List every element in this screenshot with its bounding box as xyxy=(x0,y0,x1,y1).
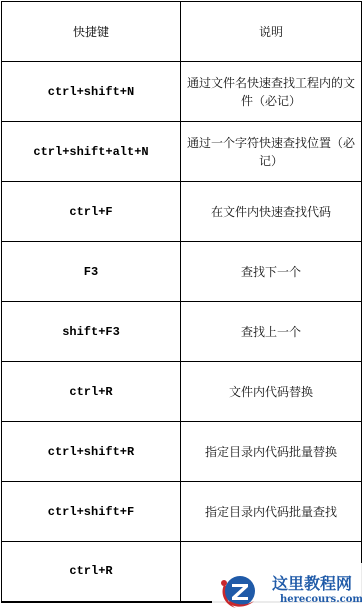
description-cell: 通过一个字符快速查找位置（必记） xyxy=(181,122,362,182)
shortcut-cell: shift+F3 xyxy=(2,302,181,362)
description-cell: 通过文件名快速查找工程内的文件（必记） xyxy=(181,62,362,122)
shortcut-cell: F3 xyxy=(2,242,181,302)
table-row: ctrl+F 在文件内快速查找代码 xyxy=(2,182,362,242)
table-row: ctrl+R 文件内代码替换 xyxy=(2,362,362,422)
shortcut-cell: ctrl+shift+F xyxy=(2,482,181,542)
description-cell: 指定目录内代码批量替换 xyxy=(181,422,362,482)
shortcut-table: 快捷键 说明 ctrl+shift+N 通过文件名快速查找工程内的文件（必记） … xyxy=(1,1,362,603)
table-row: shift+F3 查找上一个 xyxy=(2,302,362,362)
z-logo-icon xyxy=(218,571,258,611)
watermark-title: 这里教程网 xyxy=(272,571,352,594)
description-cell: 查找上一个 xyxy=(181,302,362,362)
header-description: 说明 xyxy=(181,2,362,62)
shortcut-cell: ctrl+shift+N xyxy=(2,62,181,122)
table-header-row: 快捷键 说明 xyxy=(2,2,362,62)
table-row: ctrl+shift+alt+N 通过一个字符快速查找位置（必记） xyxy=(2,122,362,182)
table-row: ctrl+shift+N 通过文件名快速查找工程内的文件（必记） xyxy=(2,62,362,122)
shortcut-cell: ctrl+R xyxy=(2,362,181,422)
shortcut-cell: ctrl+R xyxy=(2,542,181,602)
shortcut-cell: ctrl+F xyxy=(2,182,181,242)
watermark-url: herecours.com xyxy=(280,594,362,605)
description-cell: 查找下一个 xyxy=(181,242,362,302)
table-row: F3 查找下一个 xyxy=(2,242,362,302)
description-cell: 文件内代码替换 xyxy=(181,362,362,422)
header-shortcut: 快捷键 xyxy=(2,2,181,62)
watermark: 这里教程网 herecours.com xyxy=(212,563,362,614)
description-cell: 在文件内快速查找代码 xyxy=(181,182,362,242)
shortcut-cell: ctrl+shift+alt+N xyxy=(2,122,181,182)
table-row: ctrl+shift+R 指定目录内代码批量替换 xyxy=(2,422,362,482)
description-cell: 指定目录内代码批量查找 xyxy=(181,482,362,542)
shortcut-cell: ctrl+shift+R xyxy=(2,422,181,482)
table-row: ctrl+shift+F 指定目录内代码批量查找 xyxy=(2,482,362,542)
